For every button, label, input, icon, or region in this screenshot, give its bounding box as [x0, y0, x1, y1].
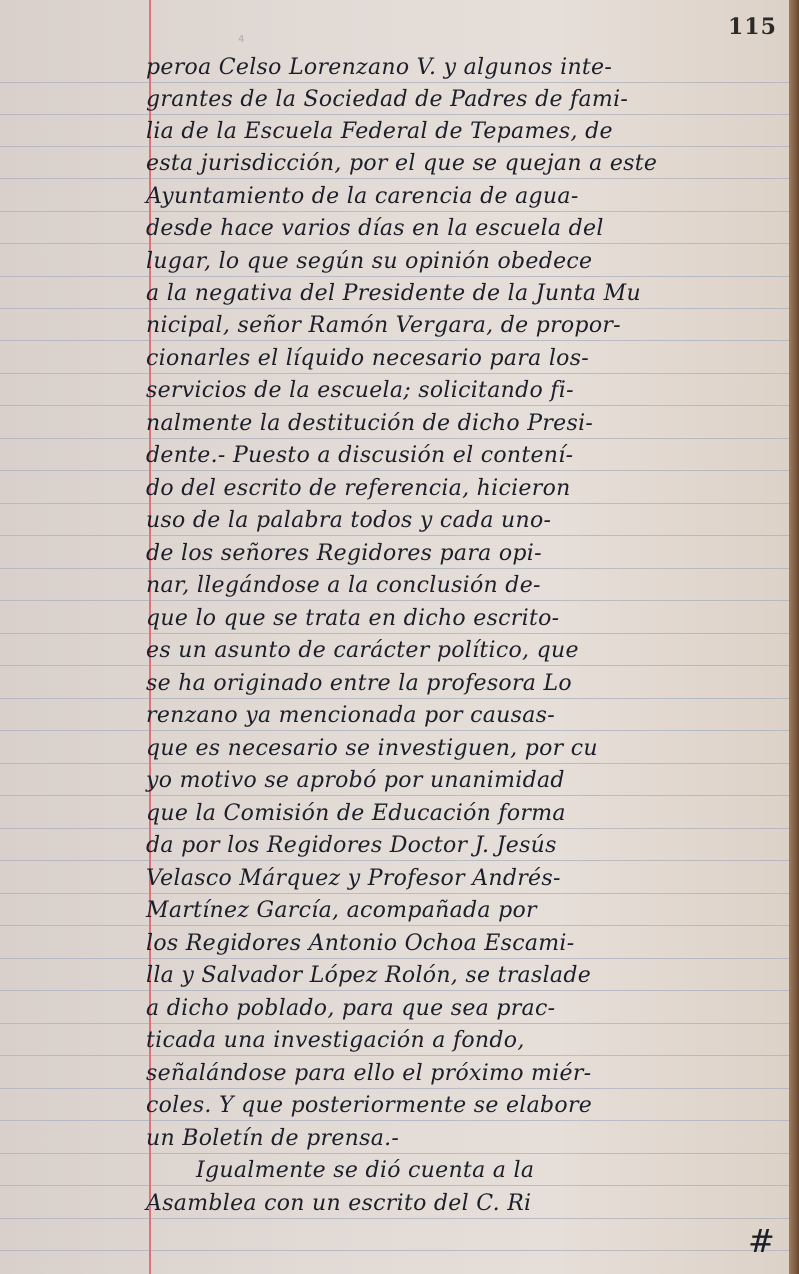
text-line: lugar, lo que según su opinión obedece	[146, 246, 776, 278]
text-line: a dicho poblado, para que sea prac-	[146, 993, 776, 1025]
text-line: Ayuntamiento de la carencia de agua-	[146, 181, 776, 213]
text-line: esta jurisdicción, por el que se quejan …	[146, 148, 776, 180]
text-line: a la negativa del Presidente de la Junta…	[146, 278, 776, 310]
pencil-mark: 4	[238, 34, 244, 45]
text-line: un Boletín de prensa.-	[146, 1123, 776, 1155]
text-line: Igualmente se dió cuenta a la	[146, 1155, 789, 1187]
end-mark: #	[748, 1222, 775, 1260]
text-line: yo motivo se aprobó por unanimidad	[146, 765, 776, 797]
text-line: que lo que se trata en dicho escrito-	[146, 603, 776, 635]
text-line: que es necesario se investiguen, por cu	[146, 733, 776, 765]
text-line: renzano ya mencionada por causas-	[146, 700, 776, 732]
text-line: nar, llegándose a la conclusión de-	[146, 570, 776, 602]
text-line: Martínez García, acompañada por	[146, 895, 776, 927]
text-line: dente.- Puesto a discusión el contení-	[146, 440, 776, 472]
page-number: 115	[728, 14, 777, 40]
text-line: es un asunto de carácter político, que	[146, 635, 776, 667]
text-line: los Regidores Antonio Ochoa Escami-	[146, 928, 776, 960]
text-line: cionarles el líquido necesario para los-	[146, 343, 776, 375]
text-line: uso de la palabra todos y cada uno-	[146, 505, 776, 537]
text-line: Velasco Márquez y Profesor Andrés-	[146, 863, 776, 895]
text-line: grantes de la Sociedad de Padres de fami…	[146, 84, 776, 116]
ledger-page: 115 4 peroa Celso Lorenzano V. y algunos…	[0, 0, 789, 1274]
text-line: Asamblea con un escrito del C. Ri	[146, 1188, 776, 1220]
text-line: da por los Regidores Doctor J. Jesús	[146, 830, 776, 862]
text-line: desde hace varios días en la escuela del	[146, 213, 776, 245]
text-line: señalándose para ello el próximo miér-	[146, 1058, 776, 1090]
text-line: do del escrito de referencia, hicieron	[146, 473, 776, 505]
text-line: ticada una investigación a fondo,	[146, 1025, 776, 1057]
book-edge	[789, 0, 799, 1274]
text-line: se ha originado entre la profesora Lo	[146, 668, 776, 700]
text-line: coles. Y que posteriormente se elabore	[146, 1090, 776, 1122]
text-line: lia de la Escuela Federal de Tepames, de	[146, 116, 776, 148]
text-line: de los señores Regidores para opi-	[146, 538, 776, 570]
text-line: lla y Salvador López Rolón, se traslade	[146, 960, 776, 992]
text-line: peroa Celso Lorenzano V. y algunos inte-	[146, 52, 776, 84]
text-line: nicipal, señor Ramón Vergara, de propor-	[146, 310, 776, 342]
text-line: servicios de la escuela; solicitando fi-	[146, 375, 776, 407]
text-line: nalmente la destitución de dicho Presi-	[146, 408, 776, 440]
rule-line	[0, 1250, 789, 1251]
text-line: que la Comisión de Educación forma	[146, 798, 776, 830]
